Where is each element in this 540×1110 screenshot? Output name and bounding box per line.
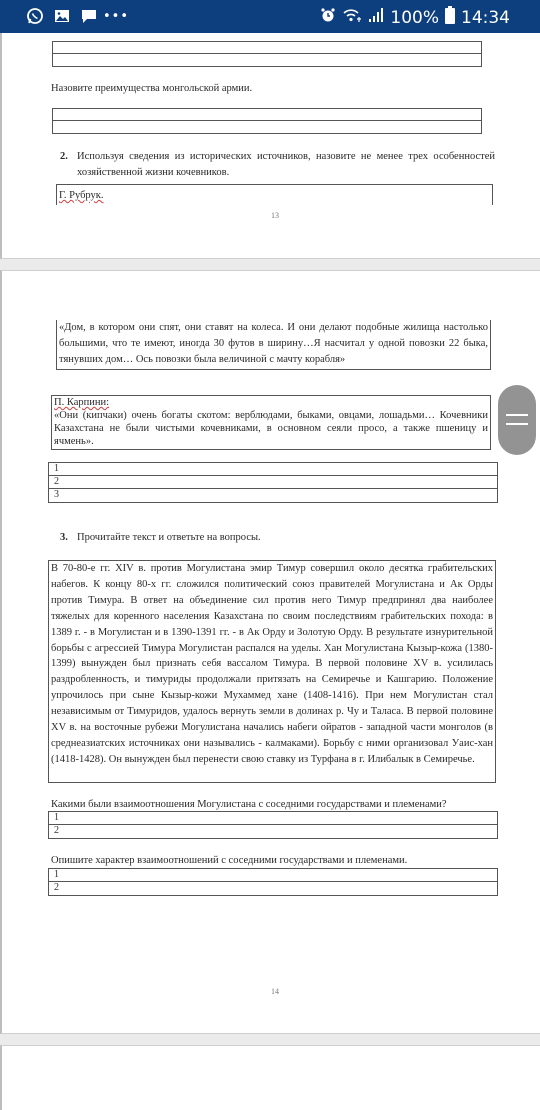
whatsapp-icon [26,7,44,25]
answer-table [52,108,482,134]
table-row[interactable]: 1 [49,463,497,476]
table-row[interactable]: 2 [49,882,497,895]
scroll-handle[interactable] [498,385,536,455]
passage-text: В 70-80-е гг. XIV в. против Могулистана … [49,561,495,768]
answer-table-q2: 1 2 3 [48,462,498,503]
passage-box: В 70-80-е гг. XIV в. против Могулистана … [48,560,496,783]
more-icon: ••• [107,7,125,25]
gallery-icon [53,7,71,25]
source-rubruk-quote: «Дом, в котором они спят, они ставят на … [57,320,490,368]
source-box: Г. Рубрук. [56,184,493,205]
battery-level: 100% [390,8,439,28]
document-page-15 [0,1045,540,1110]
table-row[interactable]: 2 [49,825,497,838]
clock: 14:34 [461,8,510,28]
source-author-rubruk: Г. Рубрук. [57,190,104,201]
page-number: 13 [255,211,295,220]
question-3b-text: Опишите характер взаимоотношений с сосед… [51,853,407,869]
table-row[interactable]: 1 [49,812,497,825]
table-row [53,42,481,54]
question-3-text: Прочитайте текст и ответьте на вопросы. [77,530,261,546]
menu-line-icon [506,423,528,425]
question-mongol-army: Назовите преимущества монгольской армии. [51,81,252,97]
question-number: 2. [60,149,68,165]
answer-table [52,41,482,67]
alarm-icon [320,7,336,28]
source-box: П. Карпини: «Они (кипчаки) очень богаты … [51,395,491,450]
source-author-karpini: П. Карпини: [54,397,109,408]
battery-icon [445,6,455,29]
table-row[interactable]: 3 [49,489,497,502]
question-2-text: Используя сведения из исторических источ… [77,149,495,181]
question-number: 3. [60,530,68,546]
status-bar: ••• 100% 14:34 [0,0,540,33]
table-row [53,54,481,66]
source-karpini-quote: «Они (кипчаки) очень богаты скотом: верб… [52,409,490,448]
signal-icon [368,7,384,28]
answer-table-q3b: 1 2 [48,868,498,896]
document-page-13: Назовите преимущества монгольской армии.… [0,33,540,259]
message-icon [80,7,98,25]
menu-line-icon [506,414,528,416]
table-row[interactable]: 2 [49,476,497,489]
table-row [53,109,481,121]
wifi-icon [342,7,362,28]
page-number: 14 [255,987,295,996]
table-row [53,121,481,133]
answer-table-q3a: 1 2 [48,811,498,839]
table-row[interactable]: 1 [49,869,497,882]
source-quote-box: «Дом, в котором они спят, они ставят на … [56,320,491,370]
document-page-14: «Дом, в котором они спят, они ставят на … [0,270,540,1034]
